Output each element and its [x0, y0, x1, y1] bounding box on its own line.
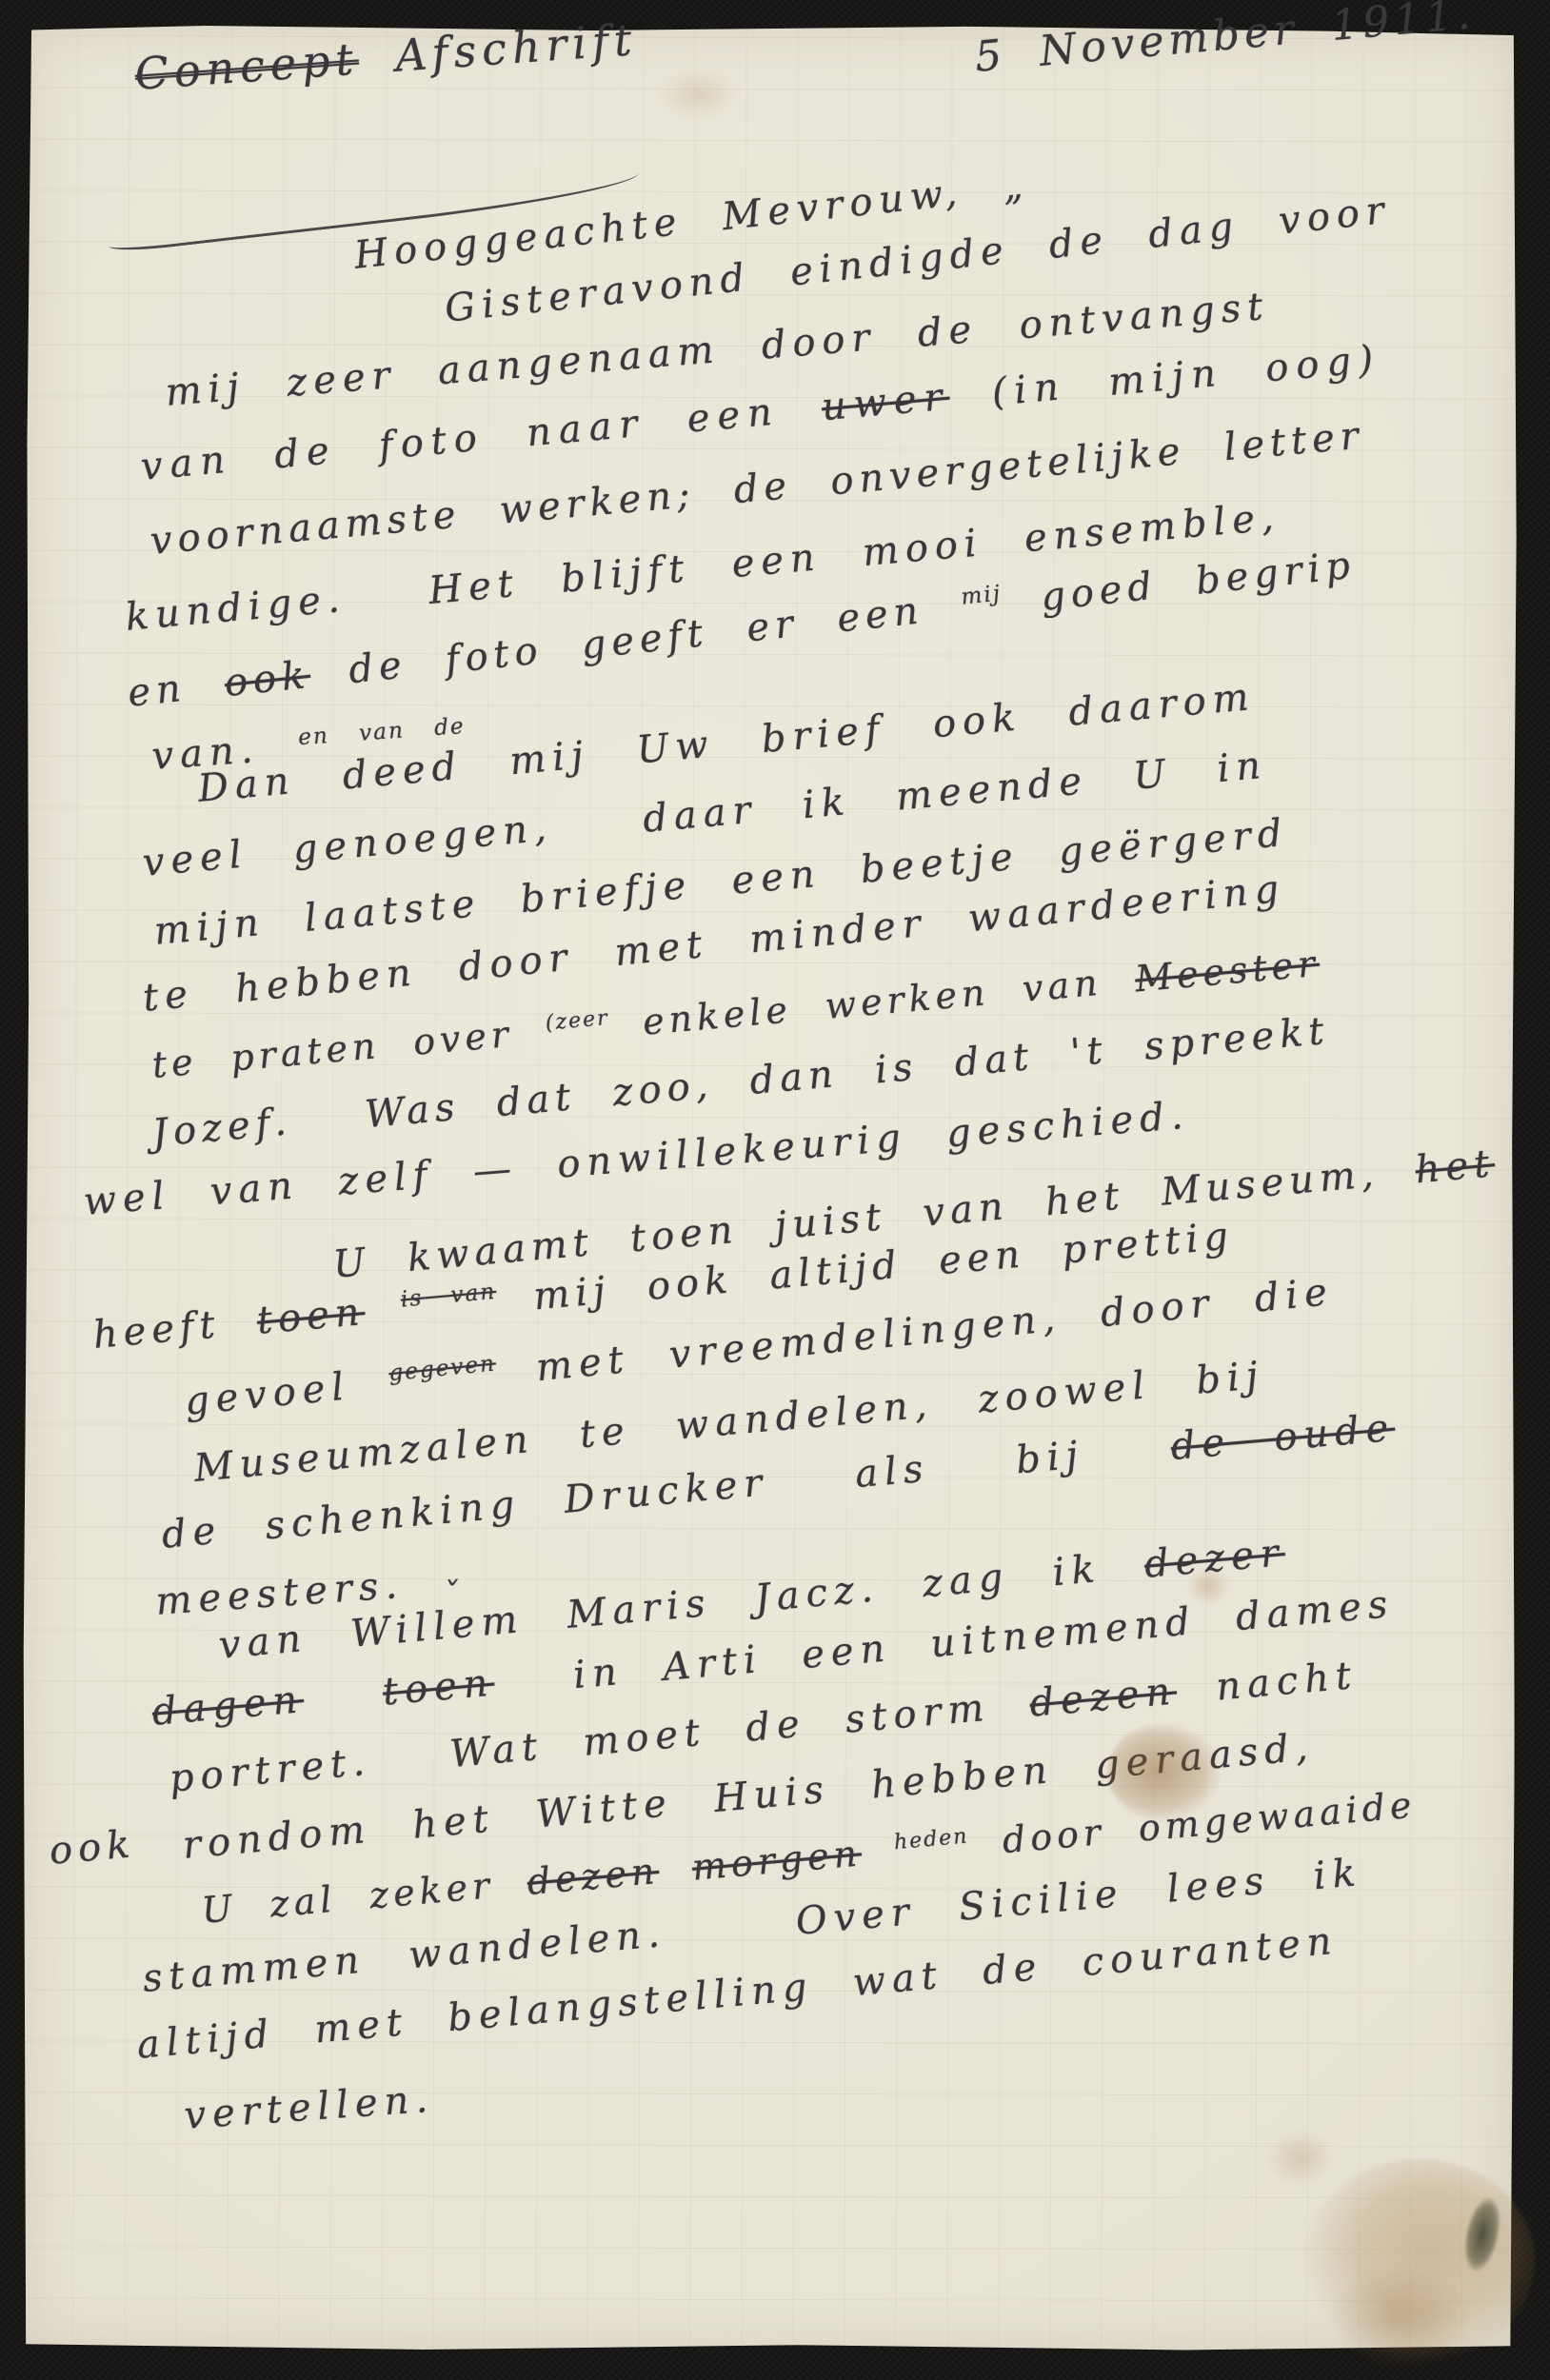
edited-text: heden [893, 1824, 969, 1854]
handwritten-text [860, 1829, 897, 1874]
edited-text: ook [223, 653, 313, 705]
ink-stain [654, 68, 740, 121]
margin-note: ook [48, 1822, 137, 1874]
edited-text: (zeer [545, 1006, 610, 1036]
edited-text: mij [960, 580, 1003, 609]
edited-text: toen [255, 1290, 367, 1343]
handwritten-text [302, 1671, 385, 1721]
edited-text: het [1414, 1141, 1497, 1192]
handwritten-text [657, 1847, 694, 1892]
handwritten-text [363, 1287, 404, 1334]
